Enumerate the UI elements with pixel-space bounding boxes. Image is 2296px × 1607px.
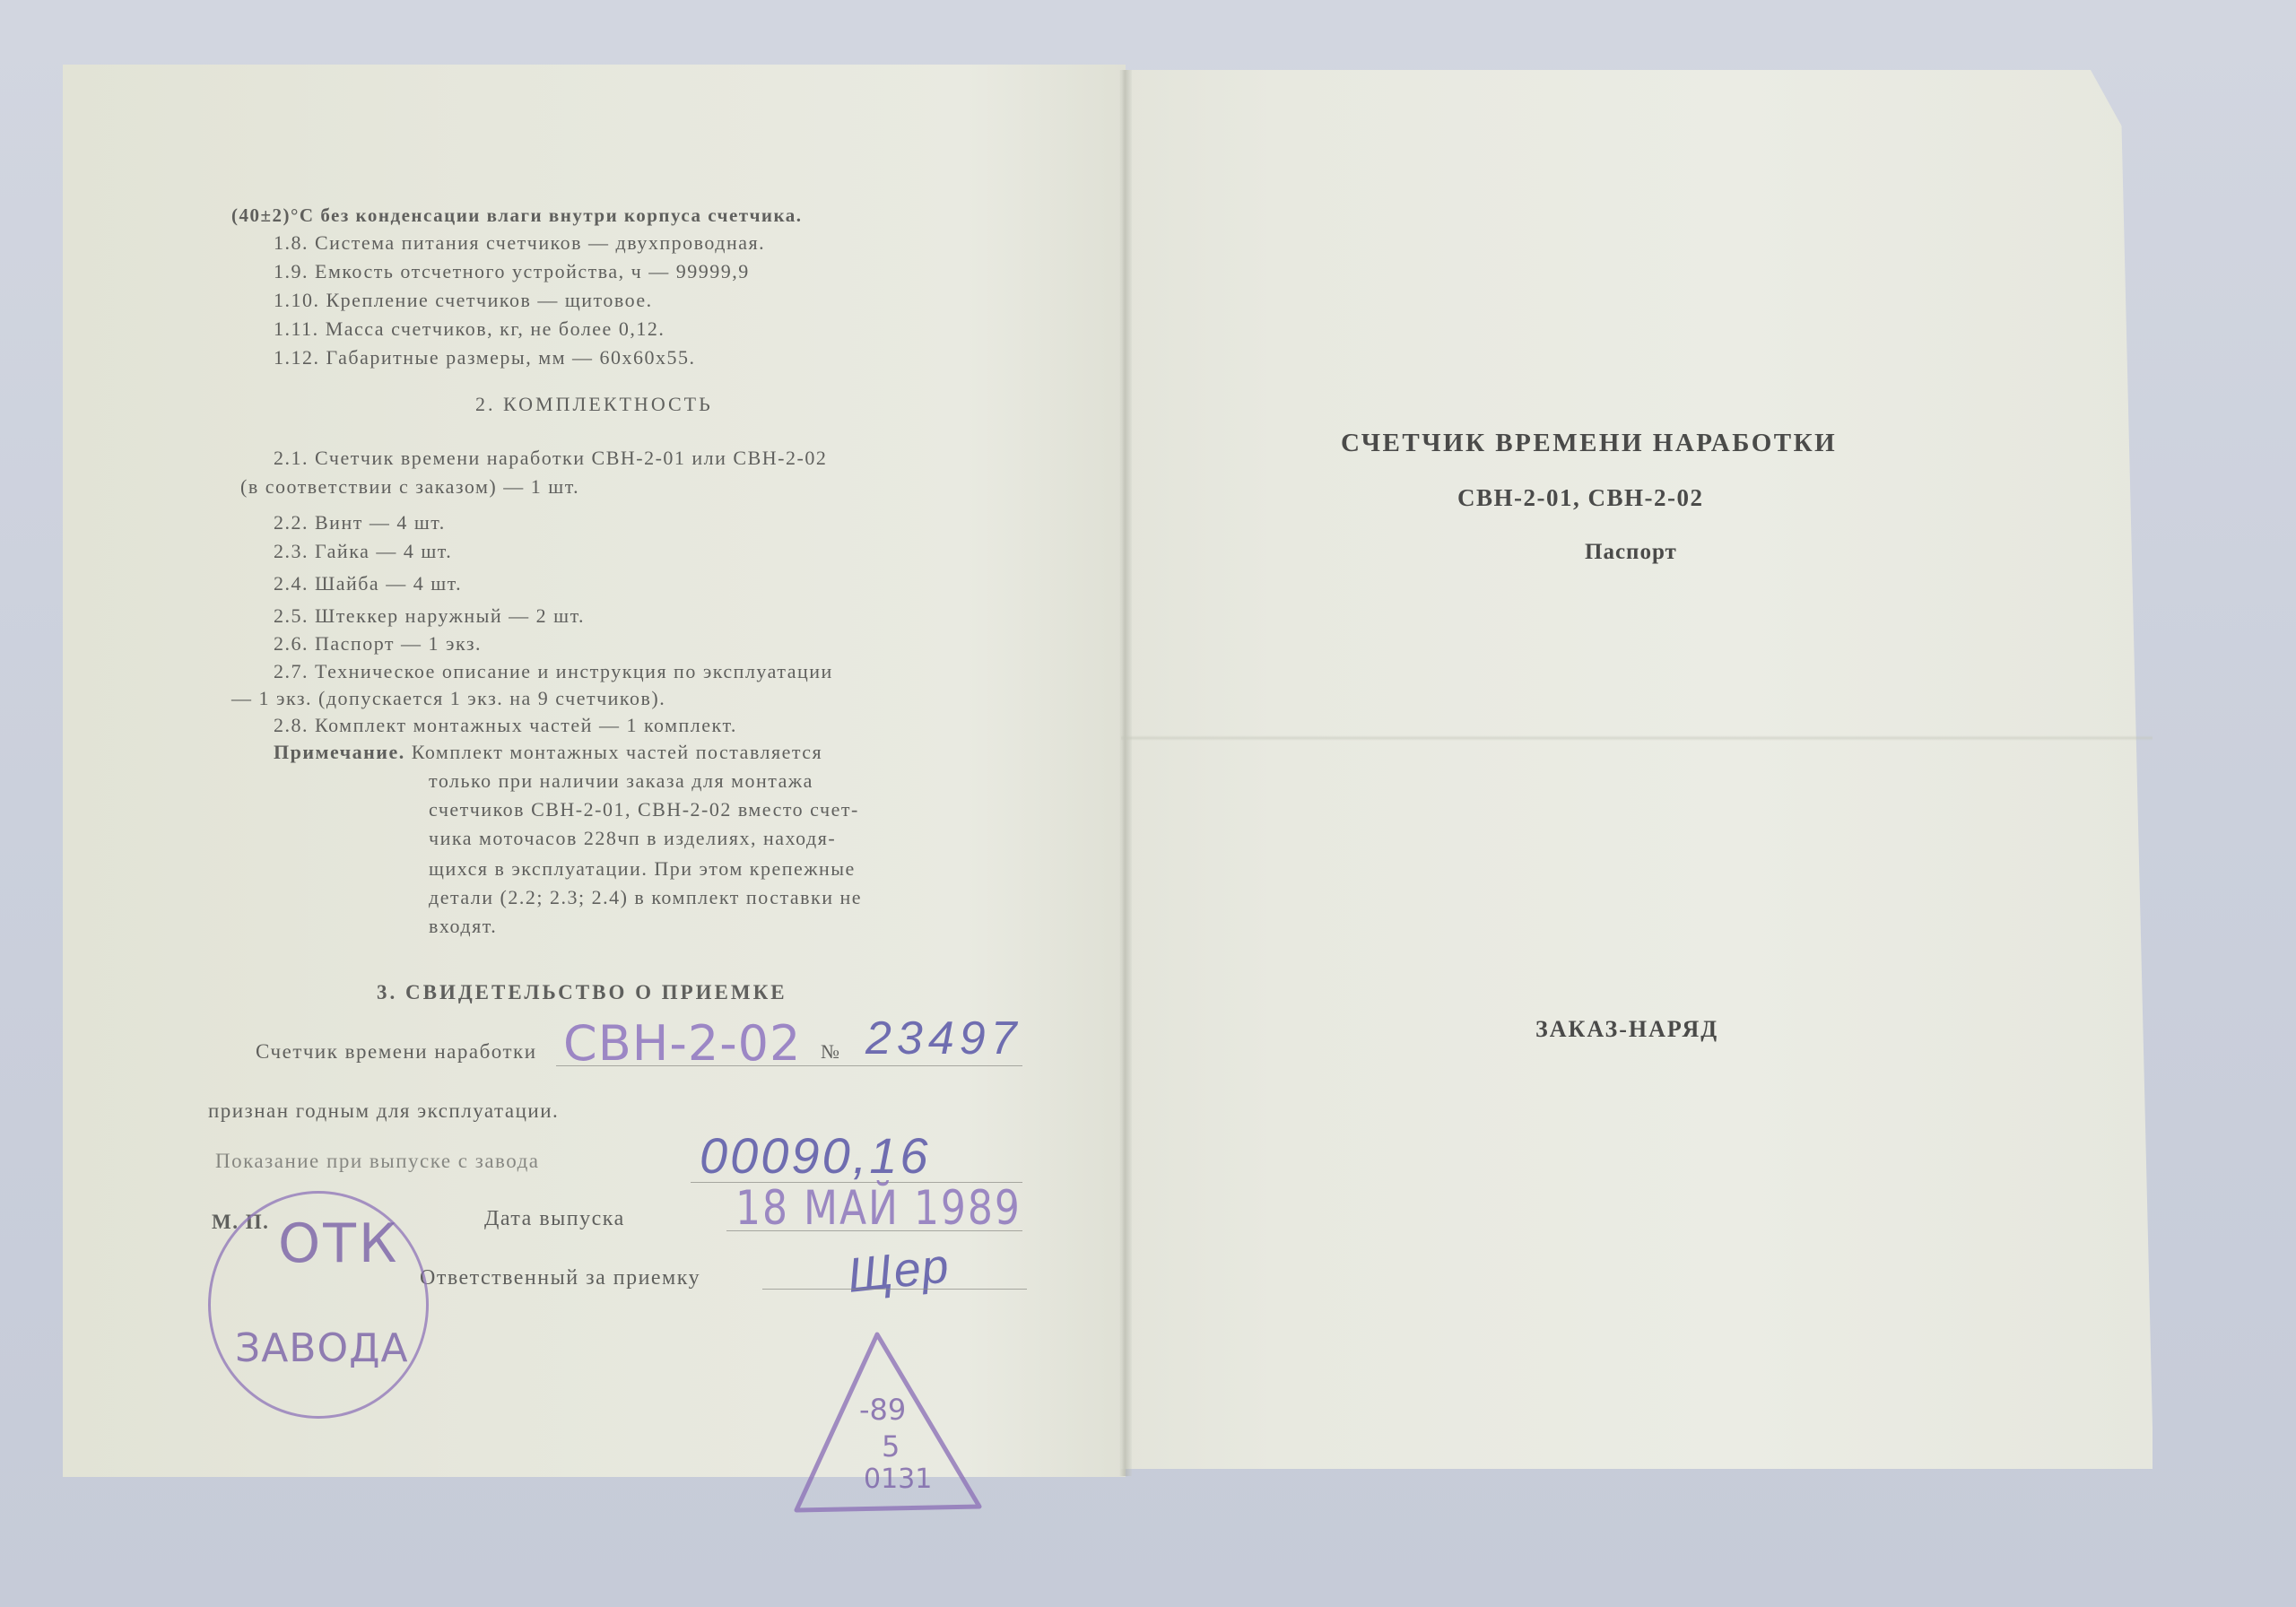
model-stamp: СВН-2-02 [563,1015,801,1072]
item-2-1b: (в соответствии с заказом) — 1 шт. [240,475,579,499]
item-2-7b: — 1 экз. (допускается 1 экз. на 9 счетчи… [231,687,665,710]
note-line: детали (2.2; 2.3; 2.4) в комплект постав… [429,886,862,909]
note-line: счетчиков СВН-2-01, СВН-2-02 вместо счет… [429,798,859,821]
note-line: входят. [429,915,497,938]
note-text: Комплект монтажных частей поставляется [412,741,822,763]
item-2-6: 2.6. Паспорт — 1 экз. [274,632,482,656]
spec-item-1-9: 1.9. Емкость отсчетного устройства, ч — … [274,260,750,283]
date-fill-line [726,1230,1022,1231]
release-date-stamp: 18 МАЙ 1989 [735,1181,1022,1236]
spec-item-1-11: 1.11. Масса счетчиков, кг, не более 0,12… [274,317,665,341]
signature-fill-line [762,1289,1027,1290]
item-2-2: 2.2. Винт — 4 шт. [274,511,446,534]
counter-label: Счетчик времени наработки [256,1040,537,1064]
note-line: щихся в эксплуатации. При этом крепежные [429,857,856,881]
spec-line-continued: (40±2)°С без конденсации влаги внутри ко… [231,204,803,227]
right-page [1121,70,2152,1469]
section-3-title: 3. СВИДЕТЕЛЬСТВО О ПРИЕМКЕ [377,981,787,1004]
spec-num: 1.9. [274,260,309,282]
spec-text: Крепление счетчиков — щитовое. [326,289,653,311]
section-2-title: 2. КОМПЛЕКТНОСТЬ [475,393,713,416]
spec-item-1-12: 1.12. Габаритные размеры, мм — 60x60x55. [274,346,696,369]
release-date-label: Дата выпуска [484,1207,625,1231]
order-heading: ЗАКАЗ-НАРЯД [1535,1016,1718,1043]
spec-text: Емкость отсчетного устройства, ч — 99999… [315,260,750,282]
reading-handwritten: 00090,16 [700,1126,931,1185]
note-line: только при наличии заказа для монтажа [429,769,813,793]
cover-subtitle: Паспорт [1585,540,1677,565]
item-2-8: 2.8. Комплект монтажных частей — 1 компл… [274,714,737,737]
approved-text: признан годным для эксплуатации. [208,1099,559,1123]
item-2-4: 2.4. Шайба — 4 шт. [274,572,462,595]
spec-num: 1.11. [274,317,319,340]
center-fold [1119,70,1132,1476]
horizontal-crease [1121,735,2152,741]
signature: Щер [845,1238,952,1304]
item-2-3: 2.3. Гайка — 4 шт. [274,540,452,563]
responsible-label: Ответственный за приемку [420,1266,700,1290]
otk-stamp-line2: ЗАВОДА [235,1325,409,1371]
reading-label: Показание при выпуске с завода [215,1150,539,1173]
spec-item-1-10: 1.10. Крепление счетчиков — щитовое. [274,289,653,312]
serial-number-handwritten: 23497 [865,1012,1022,1065]
spec-text: Система питания счетчиков — двухпроводна… [315,231,765,254]
spec-num: 1.10. [274,289,320,311]
spec-num: 1.12. [274,346,320,369]
cover-models: СВН-2-01, СВН-2-02 [1457,484,1703,512]
passport-document: (40±2)°С без конденсации влаги внутри ко… [0,0,2296,1607]
triangle-stamp-line1: -89 [859,1393,906,1427]
note-first-line: Примечание. Комплект монтажных частей по… [274,741,822,764]
serial-fill-line [556,1065,1022,1066]
note-line: чика моточасов 228чп в изделиях, находя- [429,827,836,850]
spec-item-1-8: 1.8. Система питания счетчиков — двухпро… [274,231,765,255]
number-sign: № [821,1040,841,1064]
triangle-stamp-line3: 0131 [864,1464,932,1495]
cover-title: СЧЕТЧИК ВРЕМЕНИ НАРАБОТКИ [1341,429,1837,458]
item-2-7a: 2.7. Техническое описание и инструкция п… [274,660,833,683]
otk-stamp-line1: ОТК [278,1212,399,1275]
spec-num: 1.8. [274,231,309,254]
item-2-5: 2.5. Штеккер наружный — 2 шт. [274,604,585,628]
spec-text: Масса счетчиков, кг, не более 0,12. [326,317,665,340]
spec-text: Габаритные размеры, мм — 60x60x55. [326,346,696,369]
note-label: Примечание. [274,741,405,763]
triangle-stamp-line2: 5 [882,1429,900,1464]
item-2-1a: 2.1. Счетчик времени наработки СВН-2-01 … [274,447,827,470]
